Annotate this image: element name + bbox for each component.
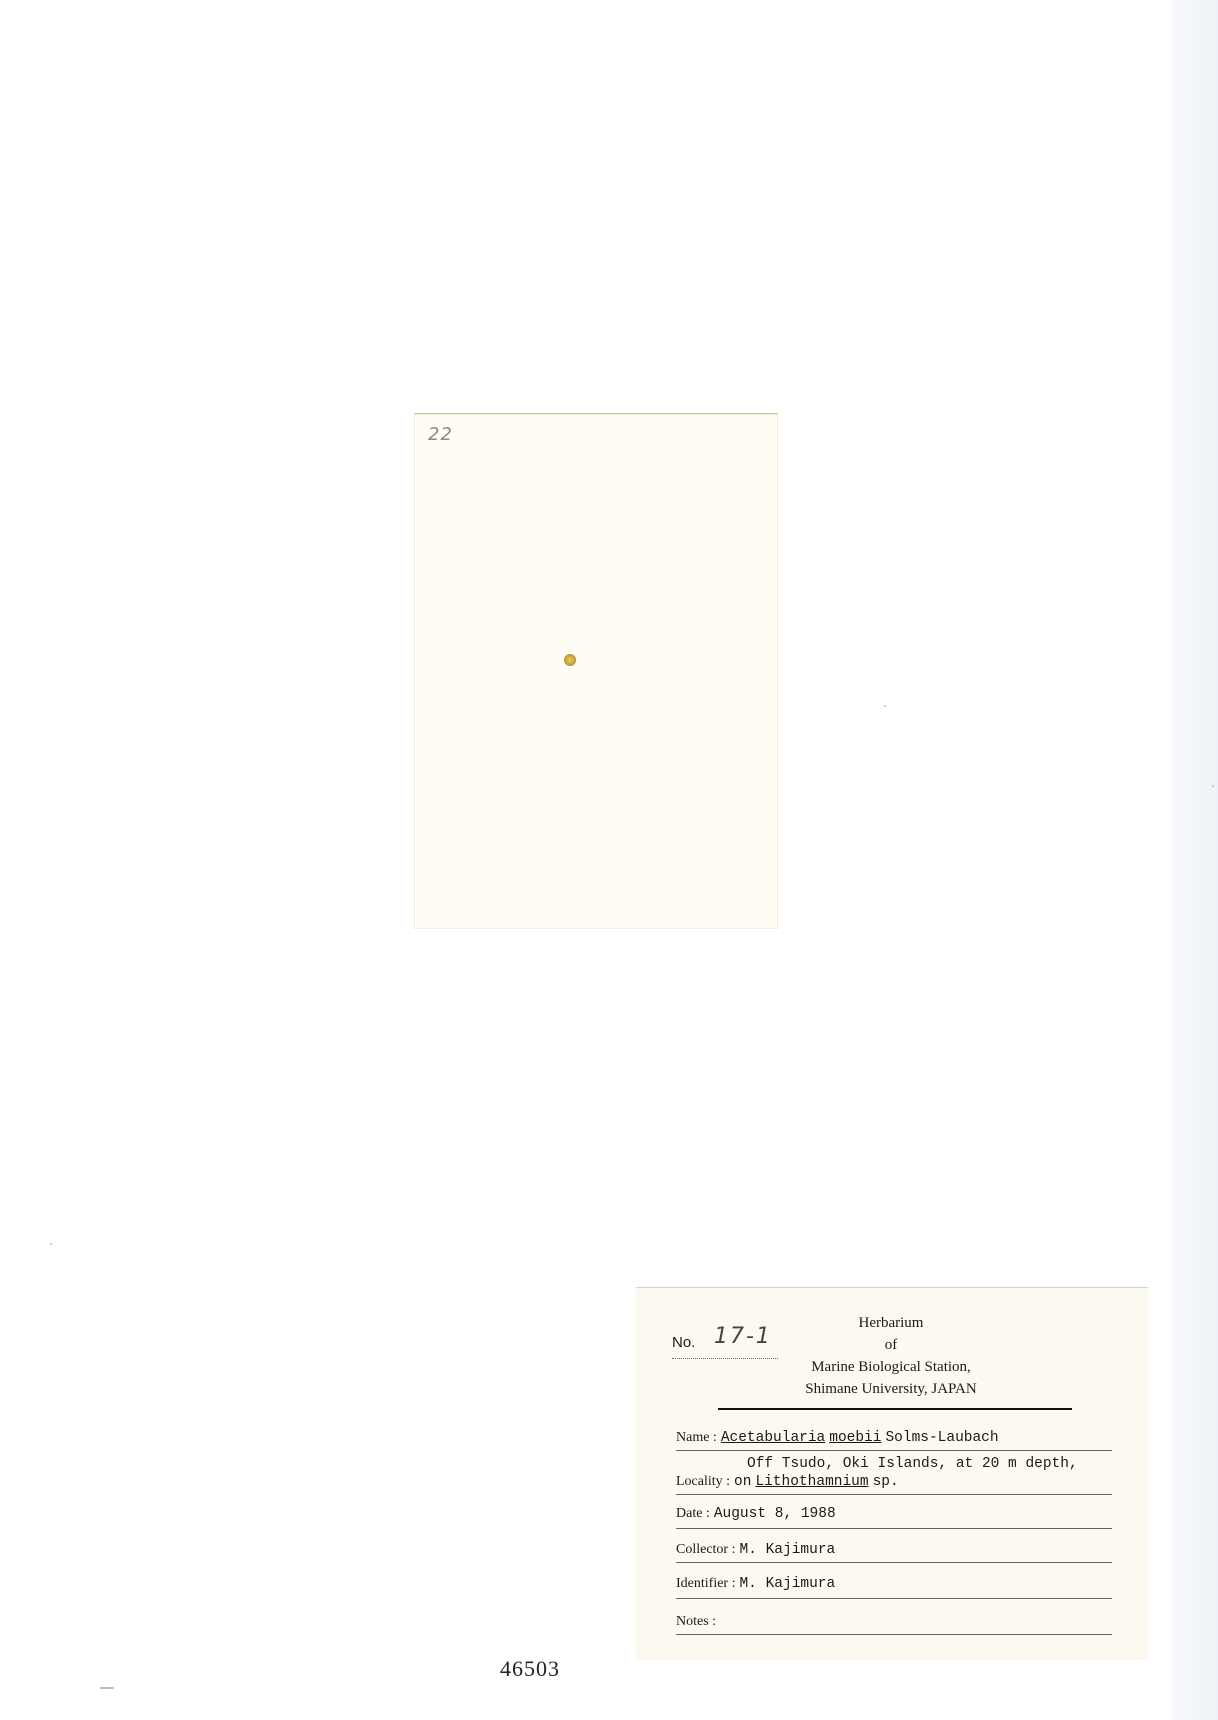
field-rule: [676, 1562, 1112, 1563]
field-label: Identifier :: [676, 1576, 735, 1591]
herbarium-label: No. 17-1 Herbarium of Marine Biological …: [636, 1287, 1148, 1660]
locality-line1: Off Tsudo, Oki Islands, at 20 m depth,: [747, 1456, 1078, 1472]
header-line: of: [746, 1334, 1036, 1356]
locality-substrate: Lithothamnium: [755, 1474, 868, 1490]
field-identifier: Identifier : M. Kajimura: [676, 1574, 1112, 1592]
field-rule: [676, 1528, 1112, 1529]
locality-prefix: on: [734, 1474, 751, 1490]
name-author: Solms-Laubach: [885, 1430, 998, 1446]
name-species: moebii: [829, 1430, 881, 1446]
identifier-value: M. Kajimura: [739, 1576, 835, 1592]
packet-number: 22: [428, 424, 453, 445]
field-label: Name :: [676, 1430, 717, 1445]
field-label: Collector :: [676, 1542, 736, 1557]
collector-value: M. Kajimura: [740, 1542, 836, 1558]
field-label: Notes :: [676, 1614, 716, 1629]
dust-speck: [884, 705, 886, 707]
field-rule: [676, 1494, 1112, 1495]
dust-speck: [50, 1243, 52, 1245]
accession-number: 46503: [500, 1656, 560, 1682]
specimen-packet: 22: [414, 413, 778, 929]
field-rule: [676, 1598, 1112, 1599]
name-genus: Acetabularia: [721, 1430, 825, 1446]
label-no-caption: No.: [672, 1334, 695, 1351]
field-notes: Notes :: [676, 1612, 1112, 1630]
field-locality: Off Tsudo, Oki Islands, at 20 m depth, L…: [676, 1454, 1112, 1490]
header-line: Marine Biological Station,: [746, 1356, 1036, 1378]
scanner-edge: [1172, 0, 1218, 1720]
label-header: Herbarium of Marine Biological Station, …: [746, 1312, 1036, 1400]
header-line: Shimane University, JAPAN: [746, 1378, 1036, 1400]
header-line: Herbarium: [746, 1312, 1036, 1334]
field-name: Name : Acetabularia moebii Solms-Laubach: [676, 1428, 1112, 1446]
field-rule: [676, 1450, 1112, 1451]
field-rule: [676, 1634, 1112, 1635]
specimen: [564, 654, 576, 666]
dust-speck: [100, 1687, 114, 1689]
dust-speck: [1212, 785, 1214, 787]
field-collector: Collector : M. Kajimura: [676, 1540, 1112, 1558]
date-value: August 8, 1988: [714, 1506, 836, 1522]
field-label: Date :: [676, 1506, 710, 1521]
locality-suffix: sp.: [873, 1474, 899, 1490]
field-date: Date : August 8, 1988: [676, 1504, 1112, 1522]
field-label: Locality :: [676, 1474, 730, 1489]
header-rule: [718, 1408, 1072, 1410]
